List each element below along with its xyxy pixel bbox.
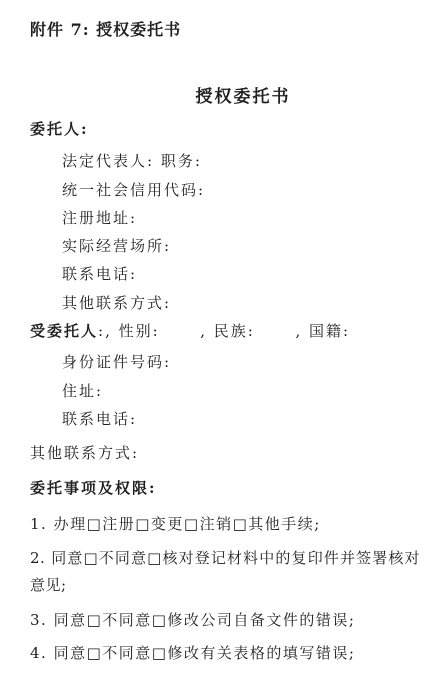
document-title: 授权委托书 xyxy=(30,87,420,107)
authorization-heading: 委托事项及权限: xyxy=(30,478,420,498)
agent-field-phone: 联系电话: xyxy=(62,409,420,429)
agent-field-id-number: 身份证件号码: xyxy=(62,352,420,372)
agent-heading: 受委托人 xyxy=(30,322,98,340)
attachment-header: 附件 7: 授权委托书 xyxy=(30,20,420,40)
authorization-item-4: 4. 同意□不同意□修改有关表格的填写错误; xyxy=(30,643,420,663)
authorization-item-2: 2. 同意□不同意□核对登记材料中的复印件并签署核对意见; xyxy=(30,545,420,599)
principal-field-other-contact: 其他联系方式: xyxy=(62,293,420,313)
principal-field-credit-code: 统一社会信用代码: xyxy=(62,180,420,200)
principal-heading: 委托人: xyxy=(30,119,420,139)
principal-field-registered-address: 注册地址: xyxy=(62,208,420,228)
agent-heading-line: 受委托人:, 性别: , 民族: , 国籍: xyxy=(30,321,420,341)
agent-heading-details: :, 性别: , 民族: , 国籍: xyxy=(98,322,350,340)
principal-field-phone: 联系电话: xyxy=(62,264,420,284)
principal-field-business-premises: 实际经营场所: xyxy=(62,236,420,256)
document-page: 附件 7: 授权委托书 授权委托书 委托人: 法定代表人: 职务: 统一社会信用… xyxy=(0,0,433,675)
authorization-item-3: 3. 同意□不同意□修改公司自备文件的错误; xyxy=(30,610,420,630)
agent-field-address: 住址: xyxy=(62,381,420,401)
principal-field-legal-representative: 法定代表人: 职务: xyxy=(62,151,420,171)
authorization-item-1: 1. 办理□注册□变更□注销□其他手续; xyxy=(30,514,420,534)
agent-other-contact: 其他联系方式: xyxy=(30,443,420,463)
